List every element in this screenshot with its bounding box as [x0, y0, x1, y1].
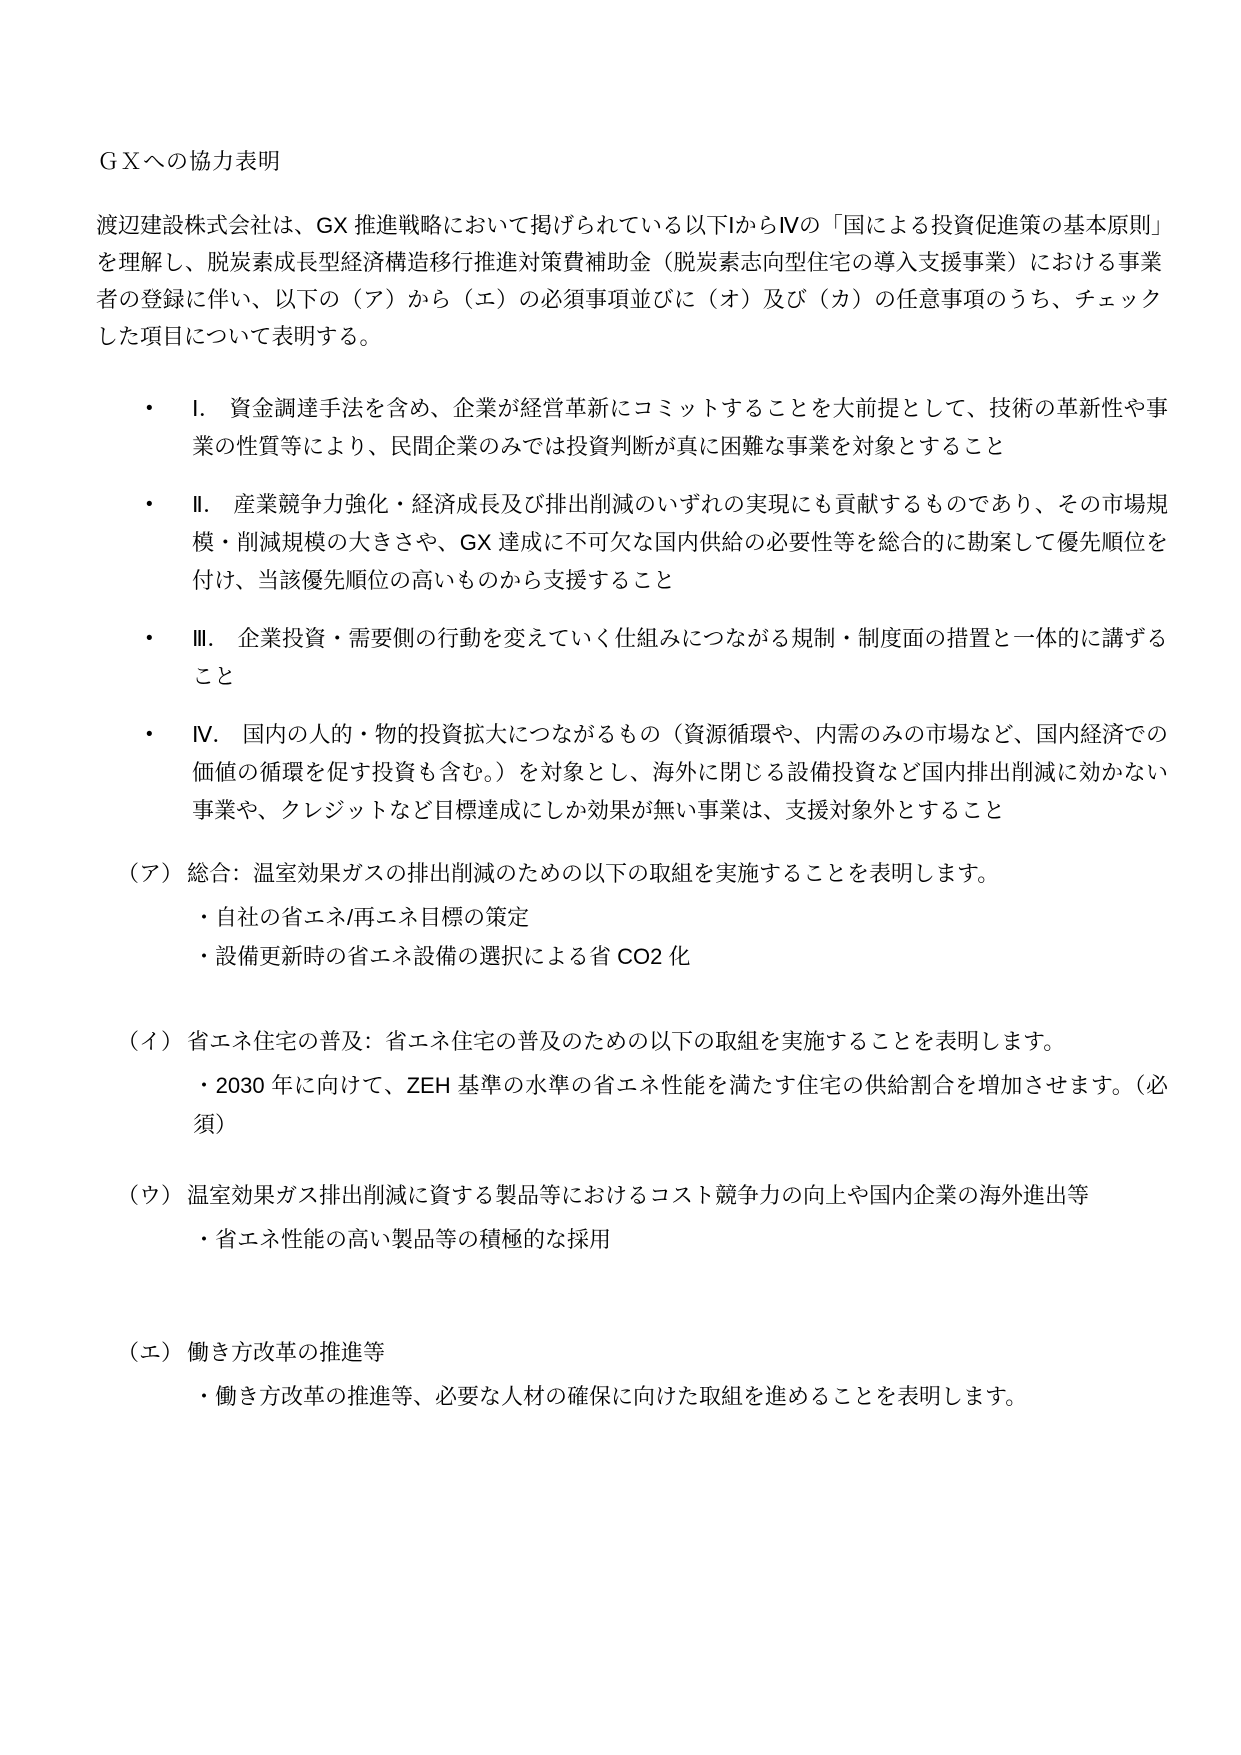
- section-i-item: ・2030 年に向けて、ZEH 基準の水準の省エネ性能を満たす住宅の供給割合を増…: [193, 1066, 1168, 1144]
- principle-item-3: •Ⅲ．企業投資・需要側の行動を変えていく仕組みにつながる規制・制度面の措置と一体…: [96, 620, 1168, 696]
- section-u-label: （ウ）: [117, 1177, 183, 1215]
- principles-list: •Ⅰ．資金調達手法を含め、企業が経営革新にコミットすることを大前提として、技術の…: [96, 390, 1168, 850]
- principle-item-4: •Ⅳ．国内の人的・物的投資拡大につながるもの（資源循環や、内需のみの市場など、国…: [96, 716, 1168, 830]
- section-a-item: ・設備更新時の省エネ設備の選択による省 CO2 化: [193, 937, 1168, 976]
- principle-label: Ⅲ．: [192, 626, 230, 651]
- principle-text: 資金調達手法を含め、企業が経営革新にコミットすることを大前提として、技術の革新性…: [192, 396, 1168, 459]
- principle-text: 国内の人的・物的投資拡大につながるもの（資源循環や、内需のみの市場など、国内経済…: [192, 722, 1168, 823]
- section-a-heading: 総合：温室効果ガスの排出削減のための以下の取組を実施することを表明します。: [187, 855, 1168, 893]
- section-e-item: ・働き方改革の推進等、必要な人材の確保に向けた取組を進めることを表明します。: [193, 1377, 1168, 1416]
- bullet-icon: •: [146, 620, 153, 658]
- principle-text: 産業競争力強化・経済成長及び排出削減のいずれの実現にも貢献するものであり、その市…: [192, 492, 1168, 593]
- intro-paragraph: 渡辺建設株式会社は、GX 推進戦略において掲げられている以下ⅠからⅣの「国による…: [96, 207, 1162, 355]
- principle-text: 企業投資・需要側の行動を変えていく仕組みにつながる規制・制度面の措置と一体的に講…: [192, 626, 1168, 689]
- bullet-icon: •: [146, 716, 153, 754]
- section-i-heading: 省エネ住宅の普及：省エネ住宅の普及のための以下の取組を実施することを表明します。: [187, 1023, 1168, 1061]
- section-i: （イ） 省エネ住宅の普及：省エネ住宅の普及のための以下の取組を実施することを表明…: [96, 1023, 1168, 1144]
- section-e: （エ） 働き方改革の推進等 ・働き方改革の推進等、必要な人材の確保に向けた取組を…: [96, 1334, 1168, 1416]
- section-i-label: （イ）: [117, 1023, 183, 1061]
- section-a: （ア） 総合：温室効果ガスの排出削減のための以下の取組を実施することを表明します…: [96, 855, 1168, 976]
- section-a-item: ・自社の省エネ/再エネ目標の策定: [193, 898, 1168, 937]
- principle-label: Ⅰ．: [192, 396, 221, 421]
- page-title: ＧＸへの協力表明: [97, 150, 281, 174]
- section-e-label: （エ）: [117, 1334, 183, 1372]
- section-u: （ウ） 温室効果ガス排出削減に資する製品等におけるコスト競争力の向上や国内企業の…: [96, 1177, 1168, 1259]
- section-u-item: ・省エネ性能の高い製品等の積極的な採用: [193, 1220, 1168, 1259]
- principle-label: Ⅳ．: [192, 722, 234, 747]
- principle-item-2: •Ⅱ．産業競争力強化・経済成長及び排出削減のいずれの実現にも貢献するものであり、…: [96, 486, 1168, 600]
- bullet-icon: •: [146, 486, 153, 524]
- bullet-icon: •: [146, 390, 153, 428]
- section-e-heading: 働き方改革の推進等: [187, 1334, 1168, 1372]
- document-page: ＧＸへの協力表明 渡辺建設株式会社は、GX 推進戦略において掲げられている以下Ⅰ…: [0, 0, 1241, 1755]
- principle-item-1: •Ⅰ．資金調達手法を含め、企業が経営革新にコミットすることを大前提として、技術の…: [96, 390, 1168, 466]
- principle-label: Ⅱ．: [192, 492, 225, 517]
- section-a-label: （ア）: [117, 855, 183, 893]
- section-u-heading: 温室効果ガス排出削減に資する製品等におけるコスト競争力の向上や国内企業の海外進出…: [187, 1177, 1168, 1215]
